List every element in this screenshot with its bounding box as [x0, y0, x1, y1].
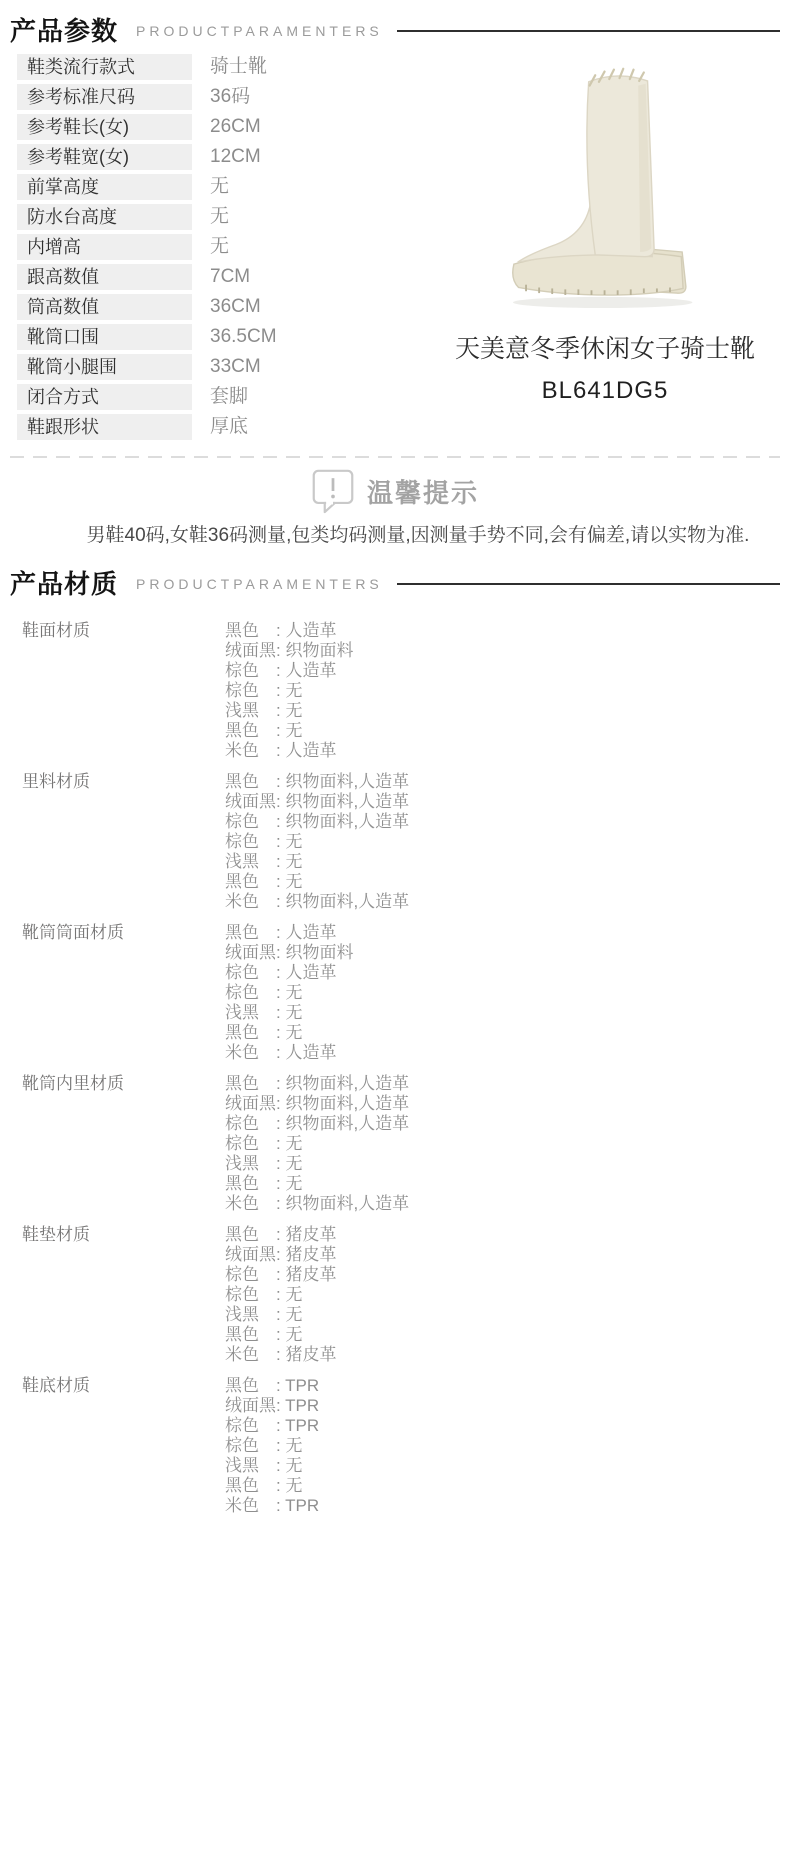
- material-color-name: 米色: [225, 1345, 276, 1365]
- material-color-name: 棕色: [225, 681, 276, 701]
- tips-text: 男鞋40码,女鞋36码测量,包类均码测量,因测量手势不同,会有偏差,请以实物为准…: [10, 520, 780, 547]
- material-color-name: 浅黑: [225, 1003, 276, 1023]
- material-color-name: 黑色: [225, 772, 276, 792]
- param-label: 靴筒小腿围: [17, 354, 192, 380]
- material-color-name: 米色: [225, 1194, 276, 1214]
- table-row: 跟高数值7CM: [17, 264, 437, 290]
- material-color-name: 黑色: [225, 872, 276, 892]
- material-entry: 米色: 猪皮革: [225, 1345, 336, 1365]
- param-label: 筒高数值: [17, 294, 192, 320]
- product-visual: 天美意冬季休闲女子骑士靴 BL641DG5: [440, 54, 770, 405]
- material-entry: 黑色: 织物面料,人造革: [225, 1074, 409, 1094]
- material-color-name: 黑色: [225, 1325, 276, 1345]
- material-entry: 黑色: 人造革: [225, 923, 353, 943]
- material-entry: 浅黑: 无: [225, 1305, 336, 1325]
- table-row: 靴筒小腿围33CM: [17, 354, 437, 380]
- material-entry: 绒面黑: 织物面料,人造革: [225, 1094, 409, 1114]
- product-detail-page: 产品参数 PRODUCTPARAMENTERS 鞋类流行款式骑士靴参考标准尺码3…: [0, 0, 790, 1516]
- material-entry: 黑色: 无: [225, 1023, 353, 1043]
- material-color-name: 米色: [225, 1043, 276, 1063]
- material-entry: 浅黑: 无: [225, 1154, 409, 1174]
- material-entry: 绒面黑: 织物面料: [225, 641, 353, 661]
- material-entry: 棕色: 人造革: [225, 661, 353, 681]
- material-entry: 棕色: 织物面料,人造革: [225, 812, 409, 832]
- material-group: 鞋底材质黑色: TPR绒面黑: TPR棕色: TPR棕色: 无浅黑: 无黑色: …: [22, 1376, 780, 1516]
- material-color-name: 绒面黑: [225, 1094, 276, 1114]
- section-subtitle-params: PRODUCTPARAMENTERS: [136, 23, 383, 39]
- material-color-name: 棕色: [225, 1285, 276, 1305]
- table-row: 参考标准尺码36码: [17, 84, 437, 110]
- material-entry: 黑色: TPR: [225, 1376, 319, 1396]
- param-label: 参考鞋长(女): [17, 114, 192, 140]
- material-entry: 黑色: 人造革: [225, 621, 353, 641]
- material-entries: 黑色: 织物面料,人造革绒面黑: 织物面料,人造革棕色: 织物面料,人造革棕色:…: [225, 1074, 409, 1214]
- table-row: 闭合方式套脚: [17, 384, 437, 410]
- material-entry: 浅黑: 无: [225, 1003, 353, 1023]
- table-row: 前掌高度无: [17, 174, 437, 200]
- boot-product-image: [498, 62, 713, 312]
- material-entry: 黑色: 无: [225, 1476, 319, 1496]
- material-group: 靴筒内里材质黑色: 织物面料,人造革绒面黑: 织物面料,人造革棕色: 织物面料,…: [22, 1074, 780, 1214]
- material-entry: 米色: TPR: [225, 1496, 319, 1516]
- param-label: 闭合方式: [17, 384, 192, 410]
- param-value: 26CM: [210, 114, 261, 140]
- material-entry: 绒面黑: 织物面料,人造革: [225, 792, 409, 812]
- param-value: 36码: [210, 84, 250, 110]
- material-entry: 绒面黑: TPR: [225, 1396, 319, 1416]
- material-entries: 黑色: 猪皮革绒面黑: 猪皮革棕色: 猪皮革棕色: 无浅黑: 无黑色: 无米色:…: [225, 1225, 336, 1365]
- material-entry: 黑色: 织物面料,人造革: [225, 772, 409, 792]
- material-entry: 棕色: 无: [225, 983, 353, 1003]
- exclamation-speech-bubble-icon: [311, 468, 355, 514]
- param-value: 无: [210, 174, 229, 200]
- param-label: 鞋类流行款式: [17, 54, 192, 80]
- product-code: BL641DG5: [440, 377, 770, 405]
- param-value: 33CM: [210, 354, 261, 380]
- material-color-name: 棕色: [225, 983, 276, 1003]
- section-title-materials: 产品材质: [10, 564, 118, 601]
- material-group: 鞋面材质黑色: 人造革绒面黑: 织物面料棕色: 人造革棕色: 无浅黑: 无黑色:…: [22, 621, 780, 761]
- material-entry: 黑色: 无: [225, 1174, 409, 1194]
- param-value: 7CM: [210, 264, 250, 290]
- section-header-params: 产品参数 PRODUCTPARAMENTERS: [10, 12, 780, 46]
- material-color-name: 绒面黑: [225, 1245, 276, 1265]
- material-entry: 浅黑: 无: [225, 852, 409, 872]
- material-entry: 黑色: 无: [225, 872, 409, 892]
- param-label: 前掌高度: [17, 174, 192, 200]
- material-entry: 棕色: 无: [225, 1134, 409, 1154]
- param-value: 36.5CM: [210, 324, 277, 350]
- param-label: 参考鞋宽(女): [17, 144, 192, 170]
- material-category-label: 靴筒筒面材质: [22, 923, 225, 1063]
- material-color-name: 浅黑: [225, 1456, 276, 1476]
- material-entry: 绒面黑: 织物面料: [225, 943, 353, 963]
- material-color-name: 棕色: [225, 812, 276, 832]
- table-row: 靴筒口围36.5CM: [17, 324, 437, 350]
- param-value: 套脚: [210, 384, 248, 410]
- materials-list: 鞋面材质黑色: 人造革绒面黑: 织物面料棕色: 人造革棕色: 无浅黑: 无黑色:…: [10, 621, 780, 1516]
- material-color-name: 黑色: [225, 1225, 276, 1245]
- material-color-name: 浅黑: [225, 1154, 276, 1174]
- material-color-name: 黑色: [225, 1074, 276, 1094]
- material-color-name: 棕色: [225, 1134, 276, 1154]
- table-row: 内增高无: [17, 234, 437, 260]
- material-entry: 棕色: TPR: [225, 1416, 319, 1436]
- material-color-name: 黑色: [225, 1476, 276, 1496]
- material-entries: 黑色: 人造革绒面黑: 织物面料棕色: 人造革棕色: 无浅黑: 无黑色: 无米色…: [225, 621, 353, 761]
- section-title-params: 产品参数: [10, 11, 118, 48]
- header-rule-line: [397, 30, 780, 32]
- material-entry: 棕色: 无: [225, 681, 353, 701]
- material-entries: 黑色: TPR绒面黑: TPR棕色: TPR棕色: 无浅黑: 无黑色: 无米色:…: [225, 1376, 319, 1516]
- material-color-name: 绒面黑: [225, 641, 276, 661]
- param-value: 厚底: [210, 414, 248, 440]
- material-color-name: 黑色: [225, 1023, 276, 1043]
- param-value: 无: [210, 204, 229, 230]
- material-color-name: 黑色: [225, 1174, 276, 1194]
- param-value: 12CM: [210, 144, 261, 170]
- table-row: 参考鞋宽(女)12CM: [17, 144, 437, 170]
- material-entry: 棕色: 织物面料,人造革: [225, 1114, 409, 1134]
- table-row: 鞋类流行款式骑士靴: [17, 54, 437, 80]
- param-value: 36CM: [210, 294, 261, 320]
- tips-title: 温馨提示: [367, 473, 479, 510]
- material-color-name: 棕色: [225, 1436, 276, 1456]
- material-entry: 黑色: 无: [225, 721, 353, 741]
- material-color-name: 黑色: [225, 923, 276, 943]
- material-entry: 棕色: 人造革: [225, 963, 353, 983]
- material-category-label: 鞋面材质: [22, 621, 225, 761]
- material-color-name: 棕色: [225, 832, 276, 852]
- section-subtitle-materials: PRODUCTPARAMENTERS: [136, 576, 383, 592]
- material-entry: 棕色: 无: [225, 832, 409, 852]
- material-color-name: 棕色: [225, 1114, 276, 1134]
- tips-header: 温馨提示: [10, 468, 780, 514]
- material-color-name: 米色: [225, 741, 276, 761]
- material-entry: 浅黑: 无: [225, 1456, 319, 1476]
- material-category-label: 鞋底材质: [22, 1376, 225, 1516]
- material-group: 鞋垫材质黑色: 猪皮革绒面黑: 猪皮革棕色: 猪皮革棕色: 无浅黑: 无黑色: …: [22, 1225, 780, 1365]
- material-group: 里料材质黑色: 织物面料,人造革绒面黑: 织物面料,人造革棕色: 织物面料,人造…: [22, 772, 780, 912]
- material-color-name: 棕色: [225, 661, 276, 681]
- param-value: 骑士靴: [210, 54, 267, 80]
- material-color-name: 绒面黑: [225, 1396, 276, 1416]
- section-header-materials: 产品材质 PRODUCTPARAMENTERS: [10, 565, 780, 599]
- header-rule-line: [397, 583, 780, 585]
- material-color-name: 黑色: [225, 1376, 276, 1396]
- material-entry: 棕色: 无: [225, 1436, 319, 1456]
- material-entry: 浅黑: 无: [225, 701, 353, 721]
- param-label: 防水台高度: [17, 204, 192, 230]
- material-entry: 黑色: 无: [225, 1325, 336, 1345]
- material-entry: 棕色: 无: [225, 1285, 336, 1305]
- material-color-name: 浅黑: [225, 1305, 276, 1325]
- material-color-name: 绒面黑: [225, 943, 276, 963]
- material-entries: 黑色: 织物面料,人造革绒面黑: 织物面料,人造革棕色: 织物面料,人造革棕色:…: [225, 772, 409, 912]
- material-entry: 棕色: 猪皮革: [225, 1265, 336, 1285]
- material-entry: 米色: 人造革: [225, 1043, 353, 1063]
- product-name: 天美意冬季休闲女子骑士靴: [440, 329, 770, 365]
- material-entry: 米色: 织物面料,人造革: [225, 1194, 409, 1214]
- material-color-name: 浅黑: [225, 852, 276, 872]
- material-category-label: 里料材质: [22, 772, 225, 912]
- table-row: 鞋跟形状厚底: [17, 414, 437, 440]
- material-group: 靴筒筒面材质黑色: 人造革绒面黑: 织物面料棕色: 人造革棕色: 无浅黑: 无黑…: [22, 923, 780, 1063]
- material-category-label: 靴筒内里材质: [22, 1074, 225, 1214]
- material-color-name: 黑色: [225, 721, 276, 741]
- param-label: 内增高: [17, 234, 192, 260]
- params-table: 鞋类流行款式骑士靴参考标准尺码36码参考鞋长(女)26CM参考鞋宽(女)12CM…: [17, 54, 437, 440]
- material-entry: 黑色: 猪皮革: [225, 1225, 336, 1245]
- material-color-name: 棕色: [225, 1416, 276, 1436]
- param-label: 跟高数值: [17, 264, 192, 290]
- material-entry: 米色: 人造革: [225, 741, 353, 761]
- material-color-name: 浅黑: [225, 701, 276, 721]
- material-color-name: 绒面黑: [225, 792, 276, 812]
- table-row: 防水台高度无: [17, 204, 437, 230]
- param-label: 参考标准尺码: [17, 84, 192, 110]
- material-entries: 黑色: 人造革绒面黑: 织物面料棕色: 人造革棕色: 无浅黑: 无黑色: 无米色…: [225, 923, 353, 1063]
- param-label: 靴筒口围: [17, 324, 192, 350]
- material-category-label: 鞋垫材质: [22, 1225, 225, 1365]
- material-entry: 绒面黑: 猪皮革: [225, 1245, 336, 1265]
- material-entry: 米色: 织物面料,人造革: [225, 892, 409, 912]
- material-color-name: 米色: [225, 1496, 276, 1516]
- params-area: 鞋类流行款式骑士靴参考标准尺码36码参考鞋长(女)26CM参考鞋宽(女)12CM…: [10, 54, 780, 452]
- param-label: 鞋跟形状: [17, 414, 192, 440]
- dashed-divider: [10, 456, 780, 458]
- material-color-name: 米色: [225, 892, 276, 912]
- material-color-name: 黑色: [225, 621, 276, 641]
- table-row: 筒高数值36CM: [17, 294, 437, 320]
- table-row: 参考鞋长(女)26CM: [17, 114, 437, 140]
- tips-block: 温馨提示 男鞋40码,女鞋36码测量,包类均码测量,因测量手势不同,会有偏差,请…: [10, 468, 780, 547]
- material-color-name: 棕色: [225, 1265, 276, 1285]
- material-color-name: 棕色: [225, 963, 276, 983]
- param-value: 无: [210, 234, 229, 260]
